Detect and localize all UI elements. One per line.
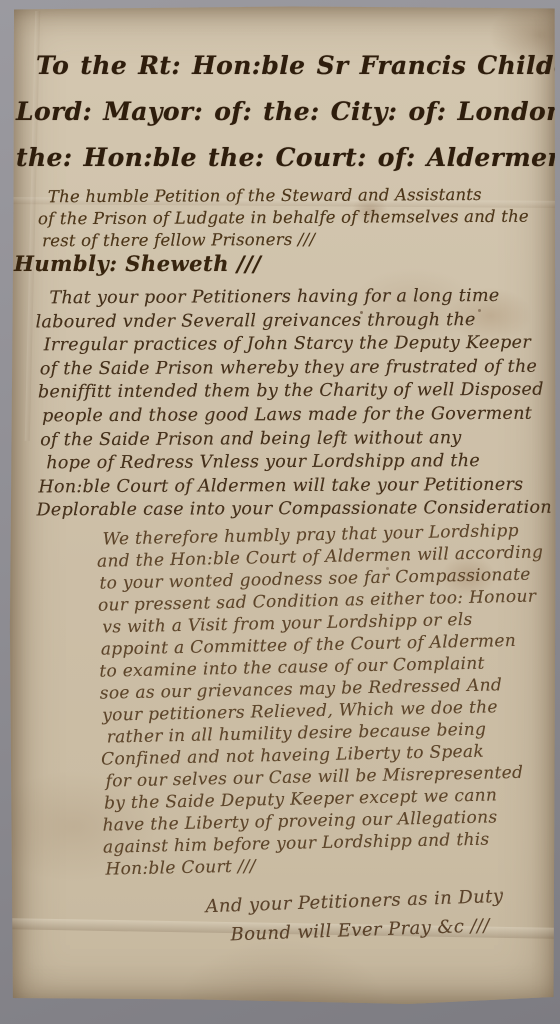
body-line: That your poor Petitioners having for a … bbox=[49, 285, 550, 311]
body-line: people and those good Laws made for the … bbox=[42, 403, 551, 429]
body-line: beniffitt intended them by the Charity o… bbox=[38, 379, 551, 405]
humbly-sheweth-label: Humbly: Sheweth /// bbox=[14, 251, 261, 276]
petition-line: The humble Petition of the Steward and A… bbox=[48, 184, 529, 209]
body-line: of the Saide Prison whereby they are fru… bbox=[40, 355, 551, 381]
body-line: Irregular practices of John Starcy the D… bbox=[44, 332, 551, 358]
body-line: of the Saide Prison and being left witho… bbox=[40, 426, 551, 452]
body-line: Hon:ble Court of Aldermen will take your… bbox=[38, 473, 551, 499]
petition-line: of the Prison of Ludgate in behalfe of t… bbox=[38, 206, 529, 231]
petition-preamble: The humble Petition of the Steward and A… bbox=[38, 184, 529, 253]
petition-line: rest of there fellow Prisoners /// bbox=[42, 228, 529, 253]
photograph-background: To the Rt: Hon:ble Sr Francis Childe Kt:… bbox=[0, 0, 560, 1024]
address-heading: To the Rt: Hon:ble Sr Francis Childe Kt:… bbox=[16, 43, 552, 181]
body-line: laboured vnder Severall greivances throu… bbox=[36, 308, 551, 334]
heading-line: Lord: Mayor: of: the: City: of: London: … bbox=[16, 89, 552, 135]
heading-line: To the Rt: Hon:ble Sr Francis Childe Kt: bbox=[36, 43, 552, 89]
manuscript-paper: To the Rt: Hon:ble Sr Francis Childe Kt:… bbox=[8, 5, 556, 1007]
body-line: Deplorable case into your Compassionate … bbox=[36, 497, 551, 523]
body-line: hope of Redress Vnless your Lordshipp an… bbox=[46, 450, 551, 476]
petition-body-paragraph-1: That your poor Petitioners having for a … bbox=[35, 285, 552, 524]
closing-formula: And your Petitioners as in Duty Bound wi… bbox=[205, 882, 505, 950]
heading-line: the: Hon:ble the: Court: of: Aldermen —— bbox=[16, 135, 552, 181]
petition-body-paragraph-2: We therefore humbly pray that your Lords… bbox=[96, 519, 550, 880]
